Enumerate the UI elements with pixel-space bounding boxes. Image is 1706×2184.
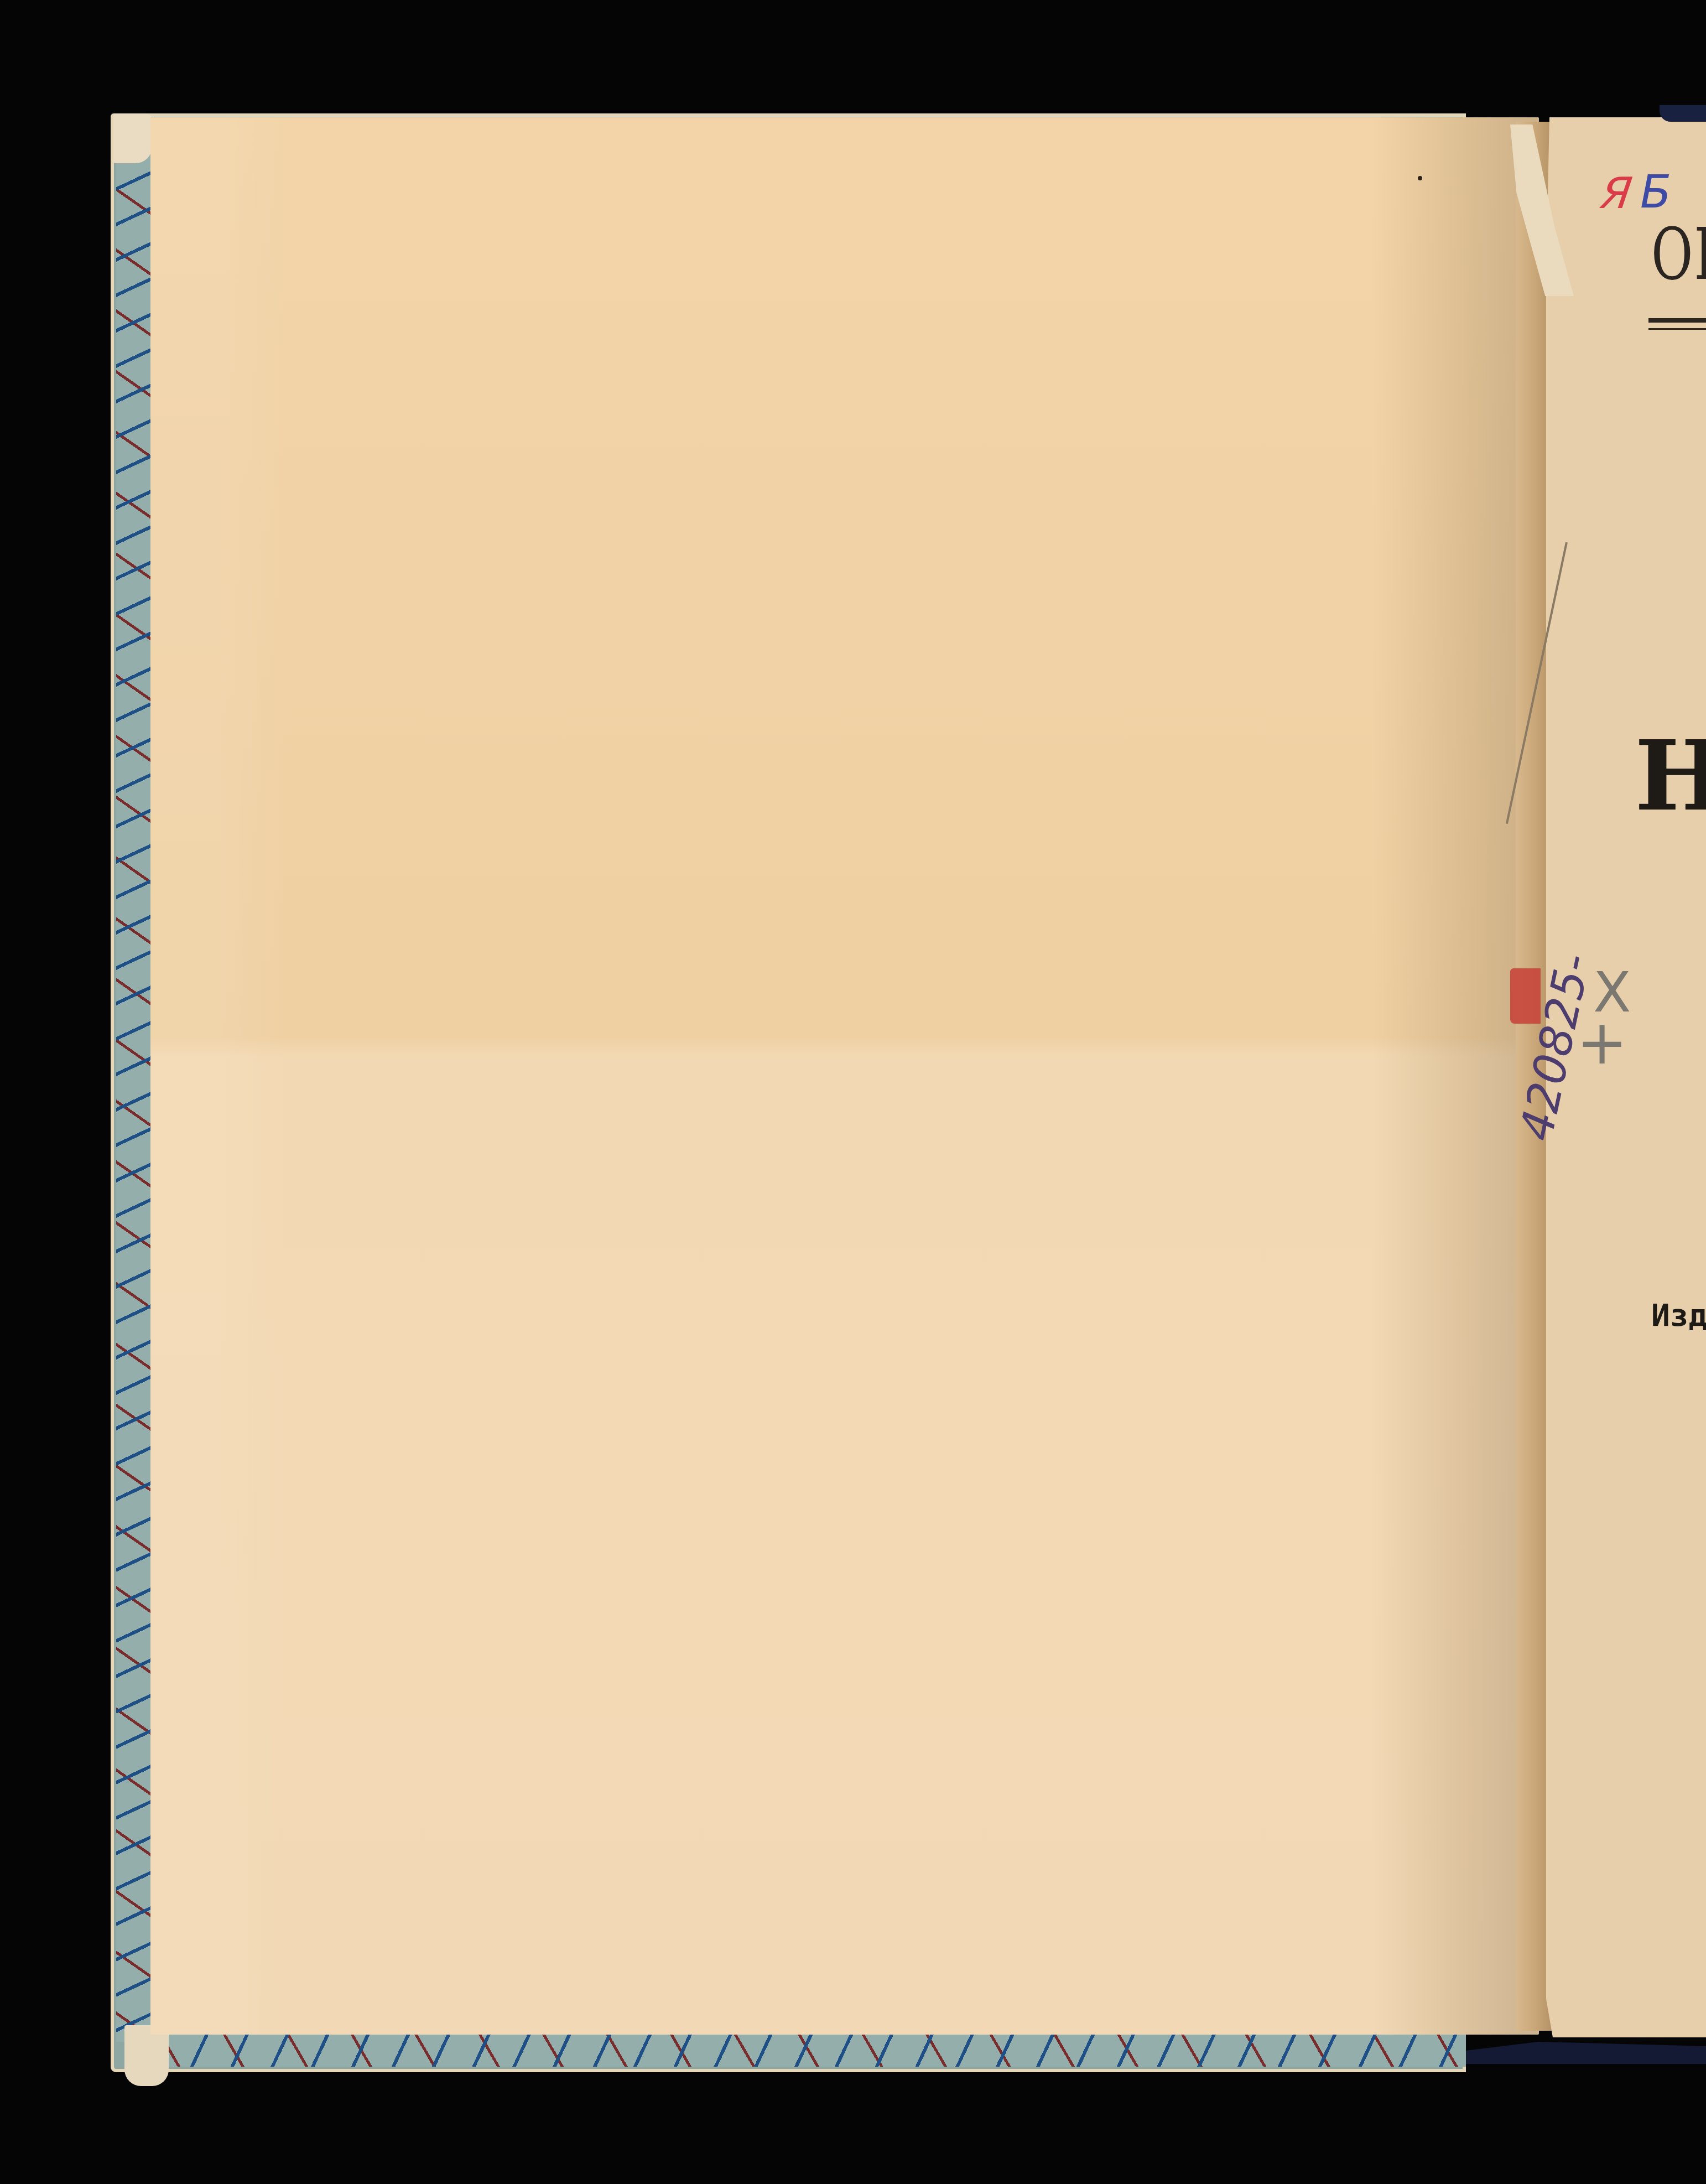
title-rule-thin: [1648, 328, 1706, 330]
large-title-letter: Н: [1635, 719, 1706, 833]
title-fragment: ОЩ: [1651, 213, 1706, 296]
publisher-line: Изд: [1651, 1298, 1706, 1334]
title-rule-thick: [1648, 318, 1706, 323]
blue-ink-annotation: Б: [1640, 166, 1671, 219]
blue-cloth-top: [1660, 105, 1706, 122]
pencil-cross-mark: +: [1577, 1007, 1627, 1078]
blank-endpaper: [150, 117, 1539, 2035]
marbled-edge-bottom: [149, 2033, 1466, 2067]
blue-cloth-bottom: [1466, 2042, 1706, 2064]
paper-speck: [1418, 176, 1422, 180]
marbled-edge-left: [116, 138, 150, 2042]
corner-fold-top-left: [113, 113, 152, 163]
